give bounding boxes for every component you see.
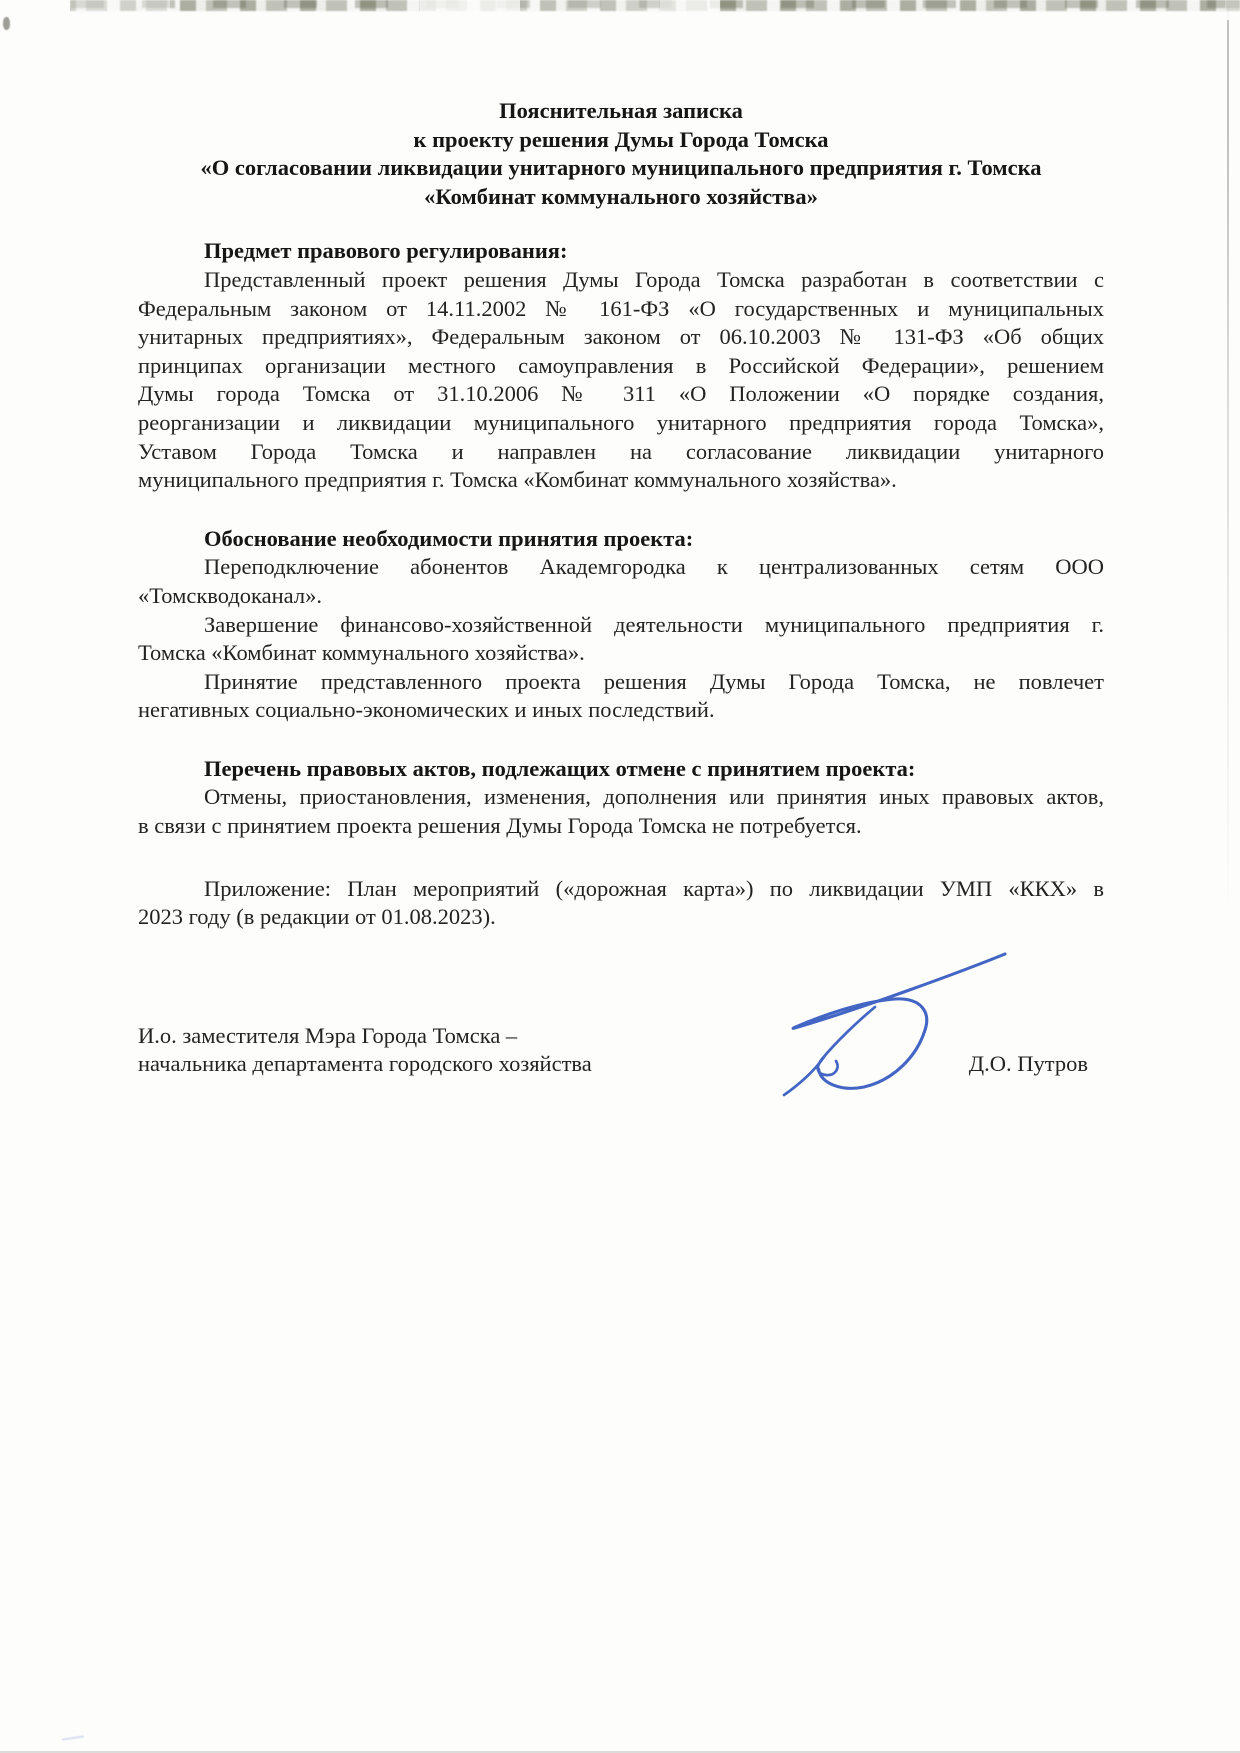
- text-line: негативных социально-экономических и ины…: [138, 696, 1104, 725]
- text-line: И.о. заместителя Мэра Города Томска –: [138, 1022, 592, 1051]
- section-justification: Обоснование необходимости принятия проек…: [138, 525, 1104, 725]
- spacer: [138, 932, 1104, 1022]
- text-line: принципах организации местного самоуправ…: [138, 352, 1104, 381]
- scan-artifact-blue-speck: [62, 1735, 84, 1740]
- text-line: Приложение: План мероприятий («дорожная …: [138, 875, 1104, 904]
- text-line: Принятие представленного проекта решения…: [138, 668, 1104, 697]
- text-line: начальника департамента городского хозяй…: [138, 1050, 592, 1079]
- text-line: Представленный проект решения Думы Город…: [138, 266, 1104, 295]
- scan-artifact-right-line: [1227, 6, 1229, 926]
- scan-artifact-top-edge: [0, 0, 1240, 15]
- text-line: муниципального предприятия г. Томска «Ко…: [138, 466, 1104, 495]
- signature-block: И.о. заместителя Мэра Города Томска –нач…: [138, 1022, 1104, 1079]
- text-line: Отмены, приостановления, изменения, допо…: [138, 783, 1104, 812]
- text-line: унитарных предприятиях», Федеральным зак…: [138, 323, 1104, 352]
- section-heading-justification: Обоснование необходимости принятия проек…: [138, 525, 1104, 554]
- section-subject: Предмет правового регулирования: Предста…: [138, 237, 1104, 494]
- scan-artifact-corner-speck: [3, 17, 10, 30]
- text-line: Завершение финансово-хозяйственной деяте…: [138, 611, 1104, 640]
- text-line: реорганизации и ликвидации муниципальног…: [138, 409, 1104, 438]
- attachment-paragraph: Приложение: План мероприятий («дорожная …: [138, 875, 1104, 932]
- paragraph-acts: Отмены, приостановления, изменения, допо…: [138, 783, 1104, 840]
- spacer: [138, 841, 1104, 875]
- text-line: Пояснительная записка: [138, 97, 1104, 126]
- section-acts-to-repeal: Перечень правовых актов, подлежащих отме…: [138, 755, 1104, 841]
- signature-position-title: И.о. заместителя Мэра Города Томска –нач…: [138, 1022, 592, 1079]
- text-line: Уставом Города Томска и направлен на сог…: [138, 438, 1104, 467]
- text-line: «Комбинат коммунального хозяйства»: [138, 183, 1104, 212]
- text-line: в связи с принятием проекта решения Думы…: [138, 812, 1104, 841]
- text-line: Федеральным законом от 14.11.2002 № 161-…: [138, 295, 1104, 324]
- paragraph-consequences: Принятие представленного проекта решения…: [138, 668, 1104, 725]
- text-line: к проекту решения Думы Города Томска: [138, 126, 1104, 155]
- section-heading-subject: Предмет правового регулирования:: [138, 237, 1104, 266]
- signature-name: Д.О. Путров: [969, 1050, 1088, 1079]
- document-body: Пояснительная запискак проекту решения Д…: [138, 97, 1104, 1079]
- section-heading-acts: Перечень правовых актов, подлежащих отме…: [138, 755, 1104, 784]
- text-line: Думы города Томска от 31.10.2006 № 311 «…: [138, 380, 1104, 409]
- text-line: Переподключение абонентов Академгородка …: [138, 553, 1104, 582]
- text-line: «О согласовании ликвидации унитарного му…: [138, 154, 1104, 183]
- paragraph-completion: Завершение финансово-хозяйственной деяте…: [138, 611, 1104, 668]
- document-title: Пояснительная запискак проекту решения Д…: [138, 97, 1104, 211]
- paragraph-reconnection: Переподключение абонентов Академгородка …: [138, 553, 1104, 610]
- document-page: Пояснительная запискак проекту решения Д…: [0, 0, 1240, 1753]
- text-line: «Томскводоканал».: [138, 582, 1104, 611]
- text-line: 2023 году (в редакции от 01.08.2023).: [138, 903, 1104, 932]
- text-line: Томска «Комбинат коммунального хозяйства…: [138, 639, 1104, 668]
- paragraph-subject: Представленный проект решения Думы Город…: [138, 266, 1104, 495]
